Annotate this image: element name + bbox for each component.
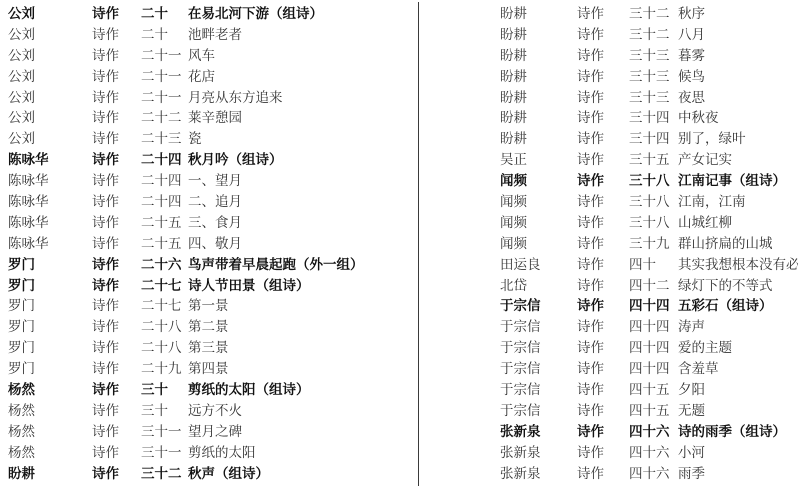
page-number-cell: 三十二 — [629, 25, 678, 46]
toc-row: 盼耕 诗作 三十三 暮雾 — [500, 46, 798, 67]
page-number-cell: 二十一 — [141, 88, 188, 109]
author-cell: 北岱 — [500, 276, 577, 297]
author-cell: 罗门 — [8, 255, 92, 276]
type-cell: 诗作 — [577, 129, 629, 150]
author-cell: 于宗信 — [500, 359, 577, 380]
author-cell: 田运良 — [500, 255, 577, 276]
title-cell: 望月之碑 — [188, 422, 412, 443]
toc-row: 盼耕 诗作 三十四 中秋夜 — [500, 108, 798, 129]
type-cell: 诗作 — [577, 464, 629, 485]
toc-row: 盼耕 诗作 三十二 秋声（组诗） — [8, 464, 412, 485]
title-cell: 暮雾 — [678, 46, 798, 67]
toc-row: 公刘 诗作 二十二 莱辛憩园 — [8, 108, 412, 129]
toc-row: 罗门 诗作 二十九 第四景 — [8, 359, 412, 380]
page-number-cell: 四十六 — [629, 443, 678, 464]
contents-column-left: 公刘 诗作 二十 在易北河下游（组诗） 公刘 诗作 二十 池畔老者 公刘 诗作 … — [8, 4, 412, 484]
title-cell: 江南，江南 — [678, 192, 798, 213]
title-cell: 涛声 — [678, 317, 798, 338]
type-cell: 诗作 — [92, 4, 141, 25]
page-number-cell: 三十八 — [629, 213, 678, 234]
toc-row: 盼耕 诗作 三十三 夜思 — [500, 88, 798, 109]
type-cell: 诗作 — [577, 171, 629, 192]
toc-row: 闻频 诗作 三十九 群山挤扁的山城 — [500, 234, 798, 255]
page-number-cell: 四十四 — [629, 317, 678, 338]
type-cell: 诗作 — [92, 67, 141, 88]
author-cell: 盼耕 — [500, 25, 577, 46]
title-cell: 产女记实 — [678, 150, 798, 171]
title-cell: 莱辛憩园 — [188, 108, 412, 129]
page-number-cell: 四十二 — [629, 276, 678, 297]
author-cell: 张新泉 — [500, 443, 577, 464]
author-cell: 杨然 — [8, 401, 92, 422]
type-cell: 诗作 — [92, 359, 141, 380]
toc-row: 杨然 诗作 三十 剪纸的太阳（组诗） — [8, 380, 412, 401]
title-cell: 候鸟 — [678, 67, 798, 88]
page-number-cell: 四十五 — [629, 380, 678, 401]
type-cell: 诗作 — [92, 401, 141, 422]
toc-row: 盼耕 诗作 三十三 候鸟 — [500, 67, 798, 88]
page-number-cell: 二十四 — [141, 150, 188, 171]
title-cell: 第三景 — [188, 338, 412, 359]
title-cell: 秋月吟（组诗） — [188, 150, 412, 171]
author-cell: 于宗信 — [500, 380, 577, 401]
type-cell: 诗作 — [577, 296, 629, 317]
page-number-cell: 四十五 — [629, 401, 678, 422]
page-number-cell: 二十二 — [141, 108, 188, 129]
page-number-cell: 四十六 — [629, 464, 678, 485]
page-number-cell: 二十五 — [141, 213, 188, 234]
author-cell: 陈咏华 — [8, 171, 92, 192]
toc-row: 陈咏华 诗作 二十四 秋月吟（组诗） — [8, 150, 412, 171]
author-cell: 陈咏华 — [8, 150, 92, 171]
page-number-cell: 四十四 — [629, 338, 678, 359]
title-cell: 瓷 — [188, 129, 412, 150]
page-number-cell: 二十一 — [141, 46, 188, 67]
page-number-cell: 三十二 — [629, 4, 678, 25]
toc-row: 公刘 诗作 二十一 风车 — [8, 46, 412, 67]
page-number-cell: 三十八 — [629, 171, 678, 192]
author-cell: 公刘 — [8, 25, 92, 46]
page-number-cell: 三十 — [141, 380, 188, 401]
author-cell: 盼耕 — [500, 88, 577, 109]
page-number-cell: 四十四 — [629, 359, 678, 380]
type-cell: 诗作 — [577, 108, 629, 129]
author-cell: 盼耕 — [500, 108, 577, 129]
author-cell: 罗门 — [8, 338, 92, 359]
title-cell: 江南记事（组诗） — [678, 171, 798, 192]
title-cell: 秋声（组诗） — [188, 464, 412, 485]
title-cell: 夕阳 — [678, 380, 798, 401]
toc-row: 于宗信 诗作 四十四 含羞草 — [500, 359, 798, 380]
page-number-cell: 二十六 — [141, 255, 188, 276]
toc-row: 陈咏华 诗作 二十四 一、望月 — [8, 171, 412, 192]
author-cell: 张新泉 — [500, 464, 577, 485]
type-cell: 诗作 — [92, 88, 141, 109]
toc-row: 闻频 诗作 三十八 山城红柳 — [500, 213, 798, 234]
author-cell: 杨然 — [8, 443, 92, 464]
type-cell: 诗作 — [92, 171, 141, 192]
page-number-cell: 二十七 — [141, 296, 188, 317]
toc-row: 于宗信 诗作 四十五 无题 — [500, 401, 798, 422]
author-cell: 杨然 — [8, 422, 92, 443]
page-number-cell: 三十八 — [629, 192, 678, 213]
toc-row: 盼耕 诗作 三十二 秋序 — [500, 4, 798, 25]
toc-row: 盼耕 诗作 三十二 八月 — [500, 25, 798, 46]
page-number-cell: 二十 — [141, 25, 188, 46]
type-cell: 诗作 — [577, 46, 629, 67]
type-cell: 诗作 — [577, 359, 629, 380]
page-number-cell: 三十三 — [629, 46, 678, 67]
title-cell: 第一景 — [188, 296, 412, 317]
author-cell: 于宗信 — [500, 317, 577, 338]
page-number-cell: 二十 — [141, 4, 188, 25]
title-cell: 绿灯下的不等式 — [678, 276, 798, 297]
title-cell: 剪纸的太阳 — [188, 443, 412, 464]
author-cell: 张新泉 — [500, 422, 577, 443]
type-cell: 诗作 — [577, 25, 629, 46]
toc-row: 罗门 诗作 二十八 第二景 — [8, 317, 412, 338]
type-cell: 诗作 — [92, 338, 141, 359]
toc-row: 公刘 诗作 二十一 花店 — [8, 67, 412, 88]
title-cell: 月亮从东方追来 — [188, 88, 412, 109]
page-number-cell: 二十三 — [141, 129, 188, 150]
page-number-cell: 三十四 — [629, 129, 678, 150]
title-cell: 山城红柳 — [678, 213, 798, 234]
toc-row: 陈咏华 诗作 二十五 三、食月 — [8, 213, 412, 234]
toc-row: 张新泉 诗作 四十六 雨季 — [500, 464, 798, 485]
type-cell: 诗作 — [92, 46, 141, 67]
toc-row: 公刘 诗作 二十 池畔老者 — [8, 25, 412, 46]
title-cell: 夜思 — [678, 88, 798, 109]
page-number-cell: 三十四 — [629, 108, 678, 129]
author-cell: 杨然 — [8, 380, 92, 401]
title-cell: 含羞草 — [678, 359, 798, 380]
page-number-cell: 三十二 — [141, 464, 188, 485]
type-cell: 诗作 — [577, 276, 629, 297]
page-number-cell: 三十五 — [629, 150, 678, 171]
toc-row: 张新泉 诗作 四十六 小河 — [500, 443, 798, 464]
title-cell: 群山挤扁的山城 — [678, 234, 798, 255]
type-cell: 诗作 — [577, 422, 629, 443]
title-cell: 一、望月 — [188, 171, 412, 192]
title-cell: 风车 — [188, 46, 412, 67]
type-cell: 诗作 — [577, 317, 629, 338]
toc-row: 于宗信 诗作 四十五 夕阳 — [500, 380, 798, 401]
page-number-cell: 三十九 — [629, 234, 678, 255]
author-cell: 陈咏华 — [8, 234, 92, 255]
type-cell: 诗作 — [577, 150, 629, 171]
author-cell: 公刘 — [8, 67, 92, 88]
type-cell: 诗作 — [92, 464, 141, 485]
page-number-cell: 三十一 — [141, 422, 188, 443]
page-number-cell: 四十 — [629, 255, 678, 276]
type-cell: 诗作 — [577, 88, 629, 109]
author-cell: 盼耕 — [500, 67, 577, 88]
toc-row: 陈咏华 诗作 二十四 二、追月 — [8, 192, 412, 213]
toc-row: 陈咏华 诗作 二十五 四、敬月 — [8, 234, 412, 255]
author-cell: 公刘 — [8, 108, 92, 129]
toc-row: 张新泉 诗作 四十六 诗的雨季（组诗） — [500, 422, 798, 443]
title-cell: 剪纸的太阳（组诗） — [188, 380, 412, 401]
title-cell: 池畔老者 — [188, 25, 412, 46]
type-cell: 诗作 — [92, 25, 141, 46]
toc-row: 罗门 诗作 二十六 鸟声带着早晨起跑（外一组） — [8, 255, 412, 276]
page-number-cell: 三十 — [141, 401, 188, 422]
title-cell: 其实我想根本没有必要 — [678, 255, 798, 276]
title-cell: 爱的主题 — [678, 338, 798, 359]
title-cell: 远方不火 — [188, 401, 412, 422]
type-cell: 诗作 — [92, 422, 141, 443]
author-cell: 陈咏华 — [8, 192, 92, 213]
toc-row: 公刘 诗作 二十三 瓷 — [8, 129, 412, 150]
author-cell: 公刘 — [8, 88, 92, 109]
author-cell: 罗门 — [8, 276, 92, 297]
page-number-cell: 三十三 — [629, 88, 678, 109]
title-cell: 雨季 — [678, 464, 798, 485]
type-cell: 诗作 — [92, 150, 141, 171]
page-number-cell: 三十三 — [629, 67, 678, 88]
title-cell: 在易北河下游（组诗） — [188, 4, 412, 25]
type-cell: 诗作 — [577, 234, 629, 255]
toc-row: 田运良 诗作 四十 其实我想根本没有必要 — [500, 255, 798, 276]
author-cell: 罗门 — [8, 296, 92, 317]
author-cell: 盼耕 — [8, 464, 92, 485]
author-cell: 闻频 — [500, 171, 577, 192]
page-number-cell: 三十一 — [141, 443, 188, 464]
type-cell: 诗作 — [92, 380, 141, 401]
author-cell: 公刘 — [8, 46, 92, 67]
type-cell: 诗作 — [92, 129, 141, 150]
type-cell: 诗作 — [577, 380, 629, 401]
author-cell: 于宗信 — [500, 338, 577, 359]
title-cell: 五彩石（组诗） — [678, 296, 798, 317]
title-cell: 四、敬月 — [188, 234, 412, 255]
title-cell: 无题 — [678, 401, 798, 422]
page-number-cell: 二十九 — [141, 359, 188, 380]
type-cell: 诗作 — [92, 108, 141, 129]
title-cell: 诗人节田景（组诗） — [188, 276, 412, 297]
toc-row: 罗门 诗作 二十七 第一景 — [8, 296, 412, 317]
author-cell: 闻频 — [500, 192, 577, 213]
toc-row: 于宗信 诗作 四十四 涛声 — [500, 317, 798, 338]
contents-column-right: 盼耕 诗作 三十二 秋序 盼耕 诗作 三十二 八月 盼耕 诗作 三十三 暮雾 盼… — [500, 4, 798, 484]
toc-row: 北岱 诗作 四十二 绿灯下的不等式 — [500, 276, 798, 297]
page-number-cell: 二十七 — [141, 276, 188, 297]
toc-row: 盼耕 诗作 三十四 别了，绿叶 — [500, 129, 798, 150]
toc-row: 杨然 诗作 三十一 望月之碑 — [8, 422, 412, 443]
toc-row: 罗门 诗作 二十七 诗人节田景（组诗） — [8, 276, 412, 297]
type-cell: 诗作 — [577, 67, 629, 88]
type-cell: 诗作 — [577, 338, 629, 359]
title-cell: 别了，绿叶 — [678, 129, 798, 150]
page-number-cell: 四十四 — [629, 296, 678, 317]
title-cell: 鸟声带着早晨起跑（外一组） — [188, 255, 412, 276]
page-number-cell: 二十五 — [141, 234, 188, 255]
title-cell: 二、追月 — [188, 192, 412, 213]
author-cell: 盼耕 — [500, 46, 577, 67]
type-cell: 诗作 — [577, 192, 629, 213]
type-cell: 诗作 — [92, 317, 141, 338]
title-cell: 第二景 — [188, 317, 412, 338]
toc-row: 于宗信 诗作 四十四 五彩石（组诗） — [500, 296, 798, 317]
page-number-cell: 二十四 — [141, 171, 188, 192]
title-cell: 花店 — [188, 67, 412, 88]
type-cell: 诗作 — [577, 255, 629, 276]
type-cell: 诗作 — [577, 213, 629, 234]
title-cell: 八月 — [678, 25, 798, 46]
contents-page: 公刘 诗作 二十 在易北河下游（组诗） 公刘 诗作 二十 池畔老者 公刘 诗作 … — [0, 0, 800, 495]
title-cell: 第四景 — [188, 359, 412, 380]
type-cell: 诗作 — [92, 213, 141, 234]
author-cell: 公刘 — [8, 129, 92, 150]
type-cell: 诗作 — [577, 443, 629, 464]
toc-row: 闻频 诗作 三十八 江南记事（组诗） — [500, 171, 798, 192]
author-cell: 于宗信 — [500, 401, 577, 422]
toc-row: 罗门 诗作 二十八 第三景 — [8, 338, 412, 359]
type-cell: 诗作 — [92, 234, 141, 255]
type-cell: 诗作 — [92, 276, 141, 297]
type-cell: 诗作 — [577, 401, 629, 422]
type-cell: 诗作 — [92, 255, 141, 276]
page-number-cell: 二十一 — [141, 67, 188, 88]
type-cell: 诗作 — [92, 296, 141, 317]
author-cell: 罗门 — [8, 359, 92, 380]
toc-row: 公刘 诗作 二十 在易北河下游（组诗） — [8, 4, 412, 25]
toc-row: 吴正 诗作 三十五 产女记实 — [500, 150, 798, 171]
author-cell: 闻频 — [500, 234, 577, 255]
toc-row: 杨然 诗作 三十一 剪纸的太阳 — [8, 443, 412, 464]
author-cell: 于宗信 — [500, 296, 577, 317]
page-number-cell: 四十六 — [629, 422, 678, 443]
page-number-cell: 二十八 — [141, 338, 188, 359]
author-cell: 闻频 — [500, 213, 577, 234]
title-cell: 诗的雨季（组诗） — [678, 422, 798, 443]
author-cell: 罗门 — [8, 317, 92, 338]
title-cell: 三、食月 — [188, 213, 412, 234]
author-cell: 陈咏华 — [8, 213, 92, 234]
author-cell: 盼耕 — [500, 4, 577, 25]
page-number-cell: 二十四 — [141, 192, 188, 213]
column-divider-line — [418, 2, 419, 486]
type-cell: 诗作 — [92, 192, 141, 213]
title-cell: 小河 — [678, 443, 798, 464]
toc-row: 闻频 诗作 三十八 江南，江南 — [500, 192, 798, 213]
toc-row: 公刘 诗作 二十一 月亮从东方追来 — [8, 88, 412, 109]
type-cell: 诗作 — [92, 443, 141, 464]
title-cell: 秋序 — [678, 4, 798, 25]
toc-row: 杨然 诗作 三十 远方不火 — [8, 401, 412, 422]
type-cell: 诗作 — [577, 4, 629, 25]
title-cell: 中秋夜 — [678, 108, 798, 129]
page-number-cell: 二十八 — [141, 317, 188, 338]
author-cell: 盼耕 — [500, 129, 577, 150]
author-cell: 吴正 — [500, 150, 577, 171]
toc-row: 于宗信 诗作 四十四 爱的主题 — [500, 338, 798, 359]
author-cell: 公刘 — [8, 4, 92, 25]
